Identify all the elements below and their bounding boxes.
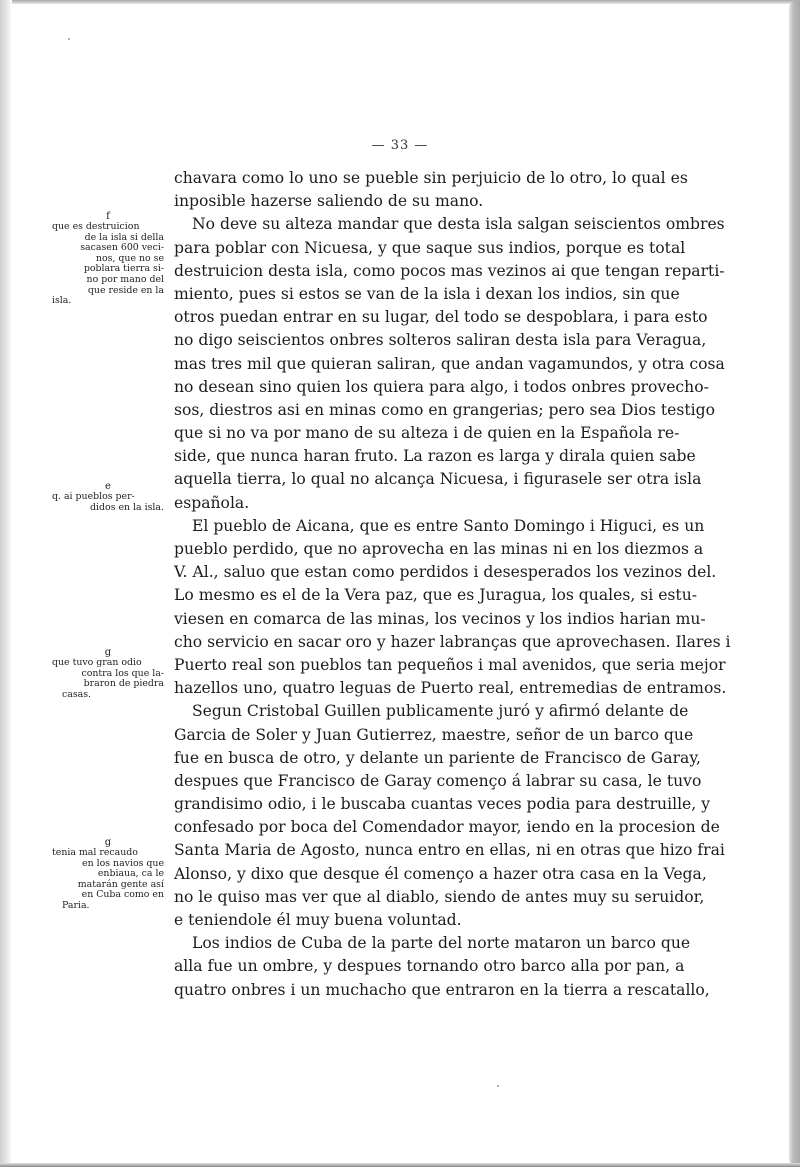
text-line: para poblar con Nicuesa, y que saque sus… [174, 237, 666, 260]
text-line: No deve su alteza mandar que desta isla … [174, 213, 666, 236]
text-line: Santa Maria de Agosto, nunca entro en el… [174, 839, 666, 862]
text-line: española. [174, 492, 666, 515]
text-line: alla fue un ombre, y despues tornando ot… [174, 955, 666, 978]
margin-note: g que tuvo gran odio contra los que la- … [52, 648, 164, 700]
text-line: grandisimo odio, i le buscaba cuantas ve… [174, 793, 666, 816]
text-line: viesen en comarca de las minas, los veci… [174, 608, 666, 631]
text-line: Garcia de Soler y Juan Gutierrez, maestr… [174, 724, 666, 747]
margin-note: g tenia mal recaudo en los navios que en… [52, 838, 164, 912]
margin-note-line: tenia mal recaudo [52, 848, 164, 859]
paragraph: Segun Cristobal Guillen publicamente jur… [174, 700, 666, 932]
text-line: V. Al., saluo que estan como perdidos i … [174, 561, 666, 584]
text-line: pueblo perdido, que no aprovecha en las … [174, 538, 666, 561]
text-line: confesado por boca del Comendador mayor,… [174, 816, 666, 839]
text-line: otros puedan entrar en su lugar, del tod… [174, 306, 666, 329]
text-line: aquella tierra, lo qual no alcança Nicue… [174, 468, 666, 491]
text-line: Los indios de Cuba de la parte del norte… [174, 932, 666, 955]
paragraph: chavara como lo uno se pueble sin perjui… [174, 167, 666, 213]
margin-note-line: q. ai pueblos per- [52, 492, 164, 503]
margin-note-line: isla. [52, 296, 164, 307]
margin-note: e q. ai pueblos per- didos en la isla. [52, 482, 164, 513]
body-text: chavara como lo uno se pueble sin perjui… [174, 167, 666, 1002]
text-line: no le quiso mas ver que al diablo, siend… [174, 886, 666, 909]
margin-note: f que es destruicion de la isla si della… [52, 212, 164, 307]
text-line: hazellos uno, quatro leguas de Puerto re… [174, 677, 666, 700]
paragraph: Los indios de Cuba de la parte del norte… [174, 932, 666, 1002]
scan-edge-left [0, 0, 12, 1167]
text-line: destruicion desta isla, como pocos mas v… [174, 260, 666, 283]
text-line: no desean sino quien los quiera para alg… [174, 376, 666, 399]
margin-note-line: que tuvo gran odio [52, 658, 164, 669]
text-line: Segun Cristobal Guillen publicamente jur… [174, 700, 666, 723]
text-line: miento, pues si estos se van de la isla … [174, 283, 666, 306]
scan-speck [68, 38, 70, 40]
text-line: side, que nunca haran fruto. La razon es… [174, 445, 666, 468]
text-line: cho servicio en sacar oro y hazer labran… [174, 631, 666, 654]
text-line: fue en busca de otro, y delante un parie… [174, 747, 666, 770]
text-line: quatro onbres i un muchacho que entraron… [174, 979, 666, 1002]
text-line: inposible hazerse saliendo de su mano. [174, 190, 666, 213]
margin-note-line: no por mano del [52, 275, 164, 286]
margin-note-line: didos en la isla. [52, 503, 164, 514]
scan-edge-top [0, 0, 800, 4]
scan-speck [497, 1085, 499, 1087]
scanned-book-page: — 33 — chavara como lo uno se pueble sin… [0, 0, 800, 1167]
text-line: Puerto real son pueblos tan pequeños i m… [174, 654, 666, 677]
text-line: sos, diestros asi en minas como en grang… [174, 399, 666, 422]
text-line: que si no va por mano de su alteza i de … [174, 422, 666, 445]
text-line: despues que Francisco de Garay començo á… [174, 770, 666, 793]
margin-note-line: casas. [52, 690, 164, 701]
text-line: mas tres mil que quieran saliran, que an… [174, 353, 666, 376]
margin-note-line: Paria. [52, 901, 164, 912]
paragraph: El pueblo de Aicana, que es entre Santo … [174, 515, 666, 701]
scan-edge-bottom [0, 1163, 800, 1167]
page-number: — 33 — [0, 138, 800, 153]
scan-edge-right [789, 0, 800, 1167]
text-line: e teniendole él muy buena voluntad. [174, 909, 666, 932]
text-line: no digo seiscientos onbres solteros sali… [174, 329, 666, 352]
text-line: chavara como lo uno se pueble sin perjui… [174, 167, 666, 190]
text-line: El pueblo de Aicana, que es entre Santo … [174, 515, 666, 538]
text-line: Lo mesmo es el de la Vera paz, que es Ju… [174, 584, 666, 607]
text-line: Alonso, y dixo que desque él començo a h… [174, 863, 666, 886]
margin-note-line: que es destruicion [52, 222, 164, 233]
paragraph: No deve su alteza mandar que desta isla … [174, 213, 666, 514]
